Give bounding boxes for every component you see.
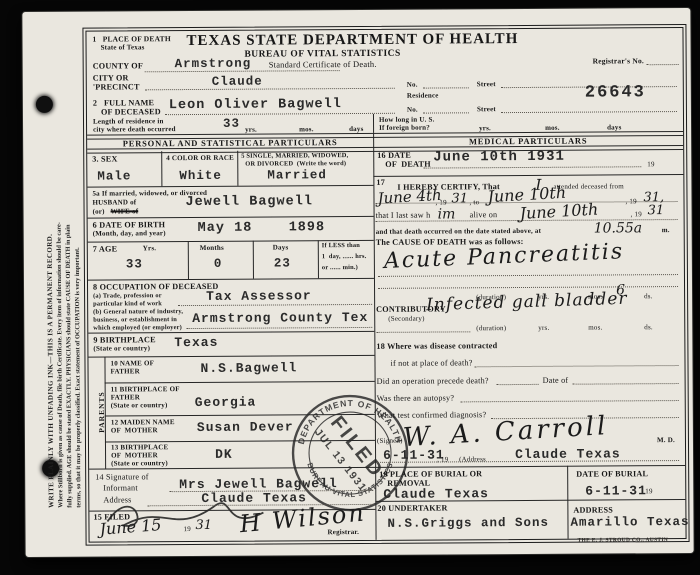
duration2-yrs-label: yrs. bbox=[538, 324, 549, 332]
spouse-wife-struck-label: WIFE of bbox=[111, 207, 139, 215]
city-line bbox=[145, 88, 395, 91]
place-of-death-label: 1 PLACE OF DEATH bbox=[92, 34, 170, 43]
last-saw-label: that I last saw h bbox=[376, 211, 431, 220]
certificate-form: 1 PLACE OF DEATH State of Texas TEXAS ST… bbox=[82, 24, 689, 546]
age-divider-2 bbox=[253, 241, 255, 279]
mother-bp-label-1: 13 BIRTHPLACE bbox=[111, 443, 168, 451]
item-17-label: 17 bbox=[376, 178, 385, 187]
residence-label: Residence bbox=[407, 92, 439, 100]
us-length-label-2: If foreign born? bbox=[379, 124, 430, 132]
duration2-ds-label: ds. bbox=[644, 323, 653, 331]
m-label: m. bbox=[662, 226, 670, 234]
mother-name-label-2: OF MOTHER bbox=[111, 426, 158, 434]
city-value: Claude bbox=[212, 75, 263, 89]
md-label: M. D. bbox=[657, 436, 675, 444]
registrars-no-label: Registrar's No. bbox=[593, 56, 644, 65]
race-label: 4 COLOR OR RACE bbox=[166, 154, 234, 162]
state-of-texas-label: State of Texas bbox=[101, 43, 145, 51]
full-name-line bbox=[165, 113, 395, 115]
full-name-value: Leon Oliver Bagwell bbox=[169, 97, 342, 113]
dod-value: June 10th 1931 bbox=[433, 149, 565, 166]
mother-name-value: Susan Dever bbox=[197, 419, 294, 435]
us-yrs-label: yrs. bbox=[479, 124, 491, 132]
autopsy-line bbox=[461, 400, 679, 402]
occupation-b-value: Armstrong County Tex bbox=[192, 310, 368, 326]
age-less-label-1: If LESS than bbox=[322, 242, 360, 249]
age-days-value: 23 bbox=[274, 256, 291, 270]
undertaker-address-value: Amarillo Texas bbox=[570, 515, 689, 530]
us-mos-label: mos. bbox=[545, 124, 560, 132]
age-yrs-value: 33 bbox=[126, 257, 143, 271]
age-less-label-3: or ...... min.) bbox=[322, 264, 358, 271]
precinct-label: 'PRECINCT bbox=[93, 82, 140, 91]
operation-date-line bbox=[573, 383, 679, 385]
city-no-label: No. bbox=[407, 81, 418, 89]
race-value: White bbox=[179, 169, 222, 183]
father-bp-label-2: FATHER bbox=[111, 393, 140, 401]
father-name-label-1: 10 NAME OF bbox=[110, 359, 154, 367]
department-title: TEXAS STATE DEPARTMENT OF HEALTH bbox=[186, 31, 458, 50]
autopsy-label: Was there an autopsy? bbox=[377, 393, 454, 402]
occupation-b-label-2: business, or establishment in bbox=[93, 316, 177, 324]
residence-no-label: No. bbox=[407, 106, 418, 114]
birthplace-label-2: (State or country) bbox=[93, 344, 150, 352]
row-divider bbox=[88, 278, 374, 281]
mother-bp-value: DK bbox=[215, 447, 233, 462]
father-bp-value: Georgia bbox=[195, 395, 257, 410]
occupation-a-label-1: (a) Trade, profession or bbox=[93, 292, 162, 299]
residence-street-label: Street bbox=[477, 105, 496, 113]
sex-value: Male bbox=[97, 169, 131, 183]
dod-line bbox=[423, 166, 641, 168]
q18-line bbox=[475, 365, 679, 367]
margin-line-2: Where Stillborn is given as cause of Dea… bbox=[55, 76, 65, 508]
certificate-paper: WRITE PLAINLY WITH UNFADING INK—THIS IS … bbox=[22, 8, 693, 557]
margin-instructions-text: WRITE PLAINLY WITH UNFADING INK—THIS IS … bbox=[45, 76, 83, 508]
full-name-label-1: 2 FULL NAME bbox=[93, 98, 154, 107]
occupation-b-line bbox=[186, 327, 372, 329]
duration2-line bbox=[376, 331, 470, 333]
occupation-b-label-3: which employed (or employer) bbox=[93, 324, 182, 332]
father-name-label-2: FATHER bbox=[111, 367, 140, 375]
birthplace-label-1: 9 BIRTHPLACE bbox=[93, 335, 155, 344]
burial-column-divider bbox=[567, 466, 569, 539]
dod-19-label: 19 bbox=[647, 160, 654, 168]
secondary-label: (Secondary) bbox=[388, 315, 424, 323]
burial-label-1: 19 PLACE OF BURIAL OR bbox=[379, 469, 482, 479]
margin-line-4: terms, so that it may be properly classi… bbox=[73, 76, 83, 508]
spouse-value: Jewell Bagwell bbox=[185, 194, 313, 210]
father-name-value: N.S.Bagwell bbox=[200, 360, 297, 376]
marital-label-1: 5 SINGLE, MARRIED, WIDOWED, bbox=[241, 152, 348, 160]
length-days-label: days bbox=[349, 125, 363, 133]
age-label: 7 AGE bbox=[93, 244, 117, 253]
length-residence-value: 33 bbox=[223, 117, 240, 131]
us-days-label: days bbox=[607, 123, 621, 131]
age-yrs-label: Yrs. bbox=[143, 244, 156, 252]
duration-ds-label: ds. bbox=[644, 292, 653, 300]
parents-vertical-label: PARENTS bbox=[97, 391, 106, 433]
duration2-mos-label: mos. bbox=[588, 324, 602, 332]
operation-line bbox=[497, 384, 539, 385]
undertaker-value: N.S.Griggs and Sons bbox=[387, 516, 549, 531]
dob-value: May 18 1898 bbox=[198, 220, 326, 236]
death-certificate-scan: WRITE PLAINLY WITH UNFADING INK—THIS IS … bbox=[0, 0, 700, 575]
spouse-label-2: HUSBAND of bbox=[92, 198, 136, 206]
dob-label-1: 6 DATE OF BIRTH bbox=[93, 220, 166, 229]
length-residence-label-2: city where death occurred bbox=[93, 125, 176, 134]
row-divider bbox=[105, 381, 375, 384]
age-months-label: Months bbox=[200, 244, 224, 252]
cause-line-2 bbox=[378, 286, 678, 289]
filed-19-label: 19 bbox=[183, 525, 190, 533]
row-divider bbox=[373, 174, 683, 177]
burial-date-label: DATE OF BURIAL bbox=[576, 469, 648, 478]
full-name-label-2: OF DECEASED bbox=[101, 107, 161, 116]
row-divider bbox=[88, 355, 374, 358]
age-divider-3 bbox=[318, 240, 320, 278]
father-bp-label-1: 11 BIRTHPLACE OF bbox=[111, 385, 180, 393]
occupation-a-label-2: particular kind of work bbox=[93, 300, 162, 307]
occupation-a-line bbox=[178, 304, 372, 306]
age-less-label-2: 1 day, ...... hrs. bbox=[322, 253, 367, 260]
duration2-label: (duration) bbox=[476, 324, 506, 332]
q18-label-2: if not at place of death? bbox=[390, 358, 472, 368]
row-divider bbox=[87, 185, 373, 188]
sex-race-divider bbox=[161, 151, 163, 186]
alive-on-label: alive on bbox=[470, 210, 498, 219]
sex-label: 3. SEX bbox=[92, 154, 117, 163]
operation-label: Did an operation precede death? bbox=[377, 376, 489, 386]
informant-label-1: 14 Signature of bbox=[95, 472, 149, 481]
filed-year-handwritten: 31 bbox=[195, 518, 212, 533]
occupation-b-label-1: (b) General nature of industry, bbox=[93, 308, 183, 316]
birthplace-value: Texas bbox=[174, 335, 218, 350]
city-street-label: Street bbox=[477, 80, 496, 88]
marital-label-2: OR DIVORCED (Write the word) bbox=[245, 160, 346, 168]
length-yrs-label: yrs. bbox=[245, 126, 257, 134]
age-months-value: 0 bbox=[214, 257, 223, 271]
father-bp-label-3: (State or country) bbox=[111, 401, 168, 409]
contributory-handwritten: Infected gall bladder bbox=[426, 289, 628, 315]
registrars-no-line bbox=[647, 64, 679, 65]
margin-line-1: WRITE PLAINLY WITH UNFADING INK—THIS IS … bbox=[45, 76, 56, 508]
mother-bp-label-3: (State or country) bbox=[111, 459, 168, 467]
undertaker-label: 20 UNDERTAKER bbox=[377, 503, 447, 512]
operation-date-of-label: Date of bbox=[543, 376, 569, 385]
alive-year-handwritten: 31 bbox=[648, 203, 665, 218]
mother-name-label-1: 12 MAIDEN NAME bbox=[111, 418, 175, 426]
occupation-a-value: Tax Assessor bbox=[206, 288, 312, 304]
dod-label-1: 16 DATE bbox=[377, 151, 411, 160]
signed-label: (Signed) bbox=[377, 437, 403, 445]
residence-no-line bbox=[423, 112, 469, 113]
registrar-label: Registrar. bbox=[328, 528, 360, 536]
dob-label-2: (Month, day, and year) bbox=[93, 229, 166, 237]
city-or-label: CITY OR bbox=[93, 73, 129, 82]
certificate-number: 26643 bbox=[585, 83, 646, 102]
informant-label-2: Informant bbox=[103, 483, 138, 492]
residence-street-line bbox=[501, 111, 677, 113]
undertaker-address-label: ADDRESS bbox=[573, 505, 613, 514]
time-of-death-handwritten: 10.55a bbox=[594, 220, 643, 236]
header-column-divider bbox=[373, 114, 375, 133]
county-line bbox=[145, 70, 340, 72]
burial-19-label: 19 bbox=[645, 487, 652, 495]
attended-from-date: June 4th bbox=[377, 186, 442, 208]
row-divider bbox=[88, 216, 374, 219]
age-days-label: Days bbox=[273, 243, 289, 251]
row-divider bbox=[375, 465, 685, 468]
q18-label-1: 18 Where was disease contracted bbox=[376, 341, 497, 351]
filed-date-handwritten: June 15 bbox=[99, 515, 162, 539]
printer-mark: THE E. J. STROUD CO., AUSTIN bbox=[578, 537, 669, 544]
from-year-handwritten: 31 bbox=[451, 191, 468, 206]
length-mos-label: mos. bbox=[299, 125, 314, 133]
cause-line-1 bbox=[378, 274, 678, 277]
alive-19-label: , 19 bbox=[631, 210, 642, 218]
race-marital-divider bbox=[237, 151, 239, 186]
county-label: COUNTY OF bbox=[93, 61, 143, 70]
margin-line-3: fully supplied. AGE should be stated EXA… bbox=[64, 76, 74, 508]
death-at-label: and that death occurred on the date stat… bbox=[376, 227, 541, 236]
spouse-label-3: (or) bbox=[93, 208, 105, 216]
occupation-label: 8 OCCUPATION OF DECEASED bbox=[93, 282, 218, 292]
age-divider-1 bbox=[188, 241, 190, 279]
marital-value: Married bbox=[267, 168, 327, 182]
city-no-line bbox=[423, 87, 469, 88]
burial-date-value: 6-11-31 bbox=[585, 483, 647, 498]
county-value: Armstrong bbox=[175, 57, 252, 71]
informant-address-label: Address bbox=[103, 495, 131, 504]
